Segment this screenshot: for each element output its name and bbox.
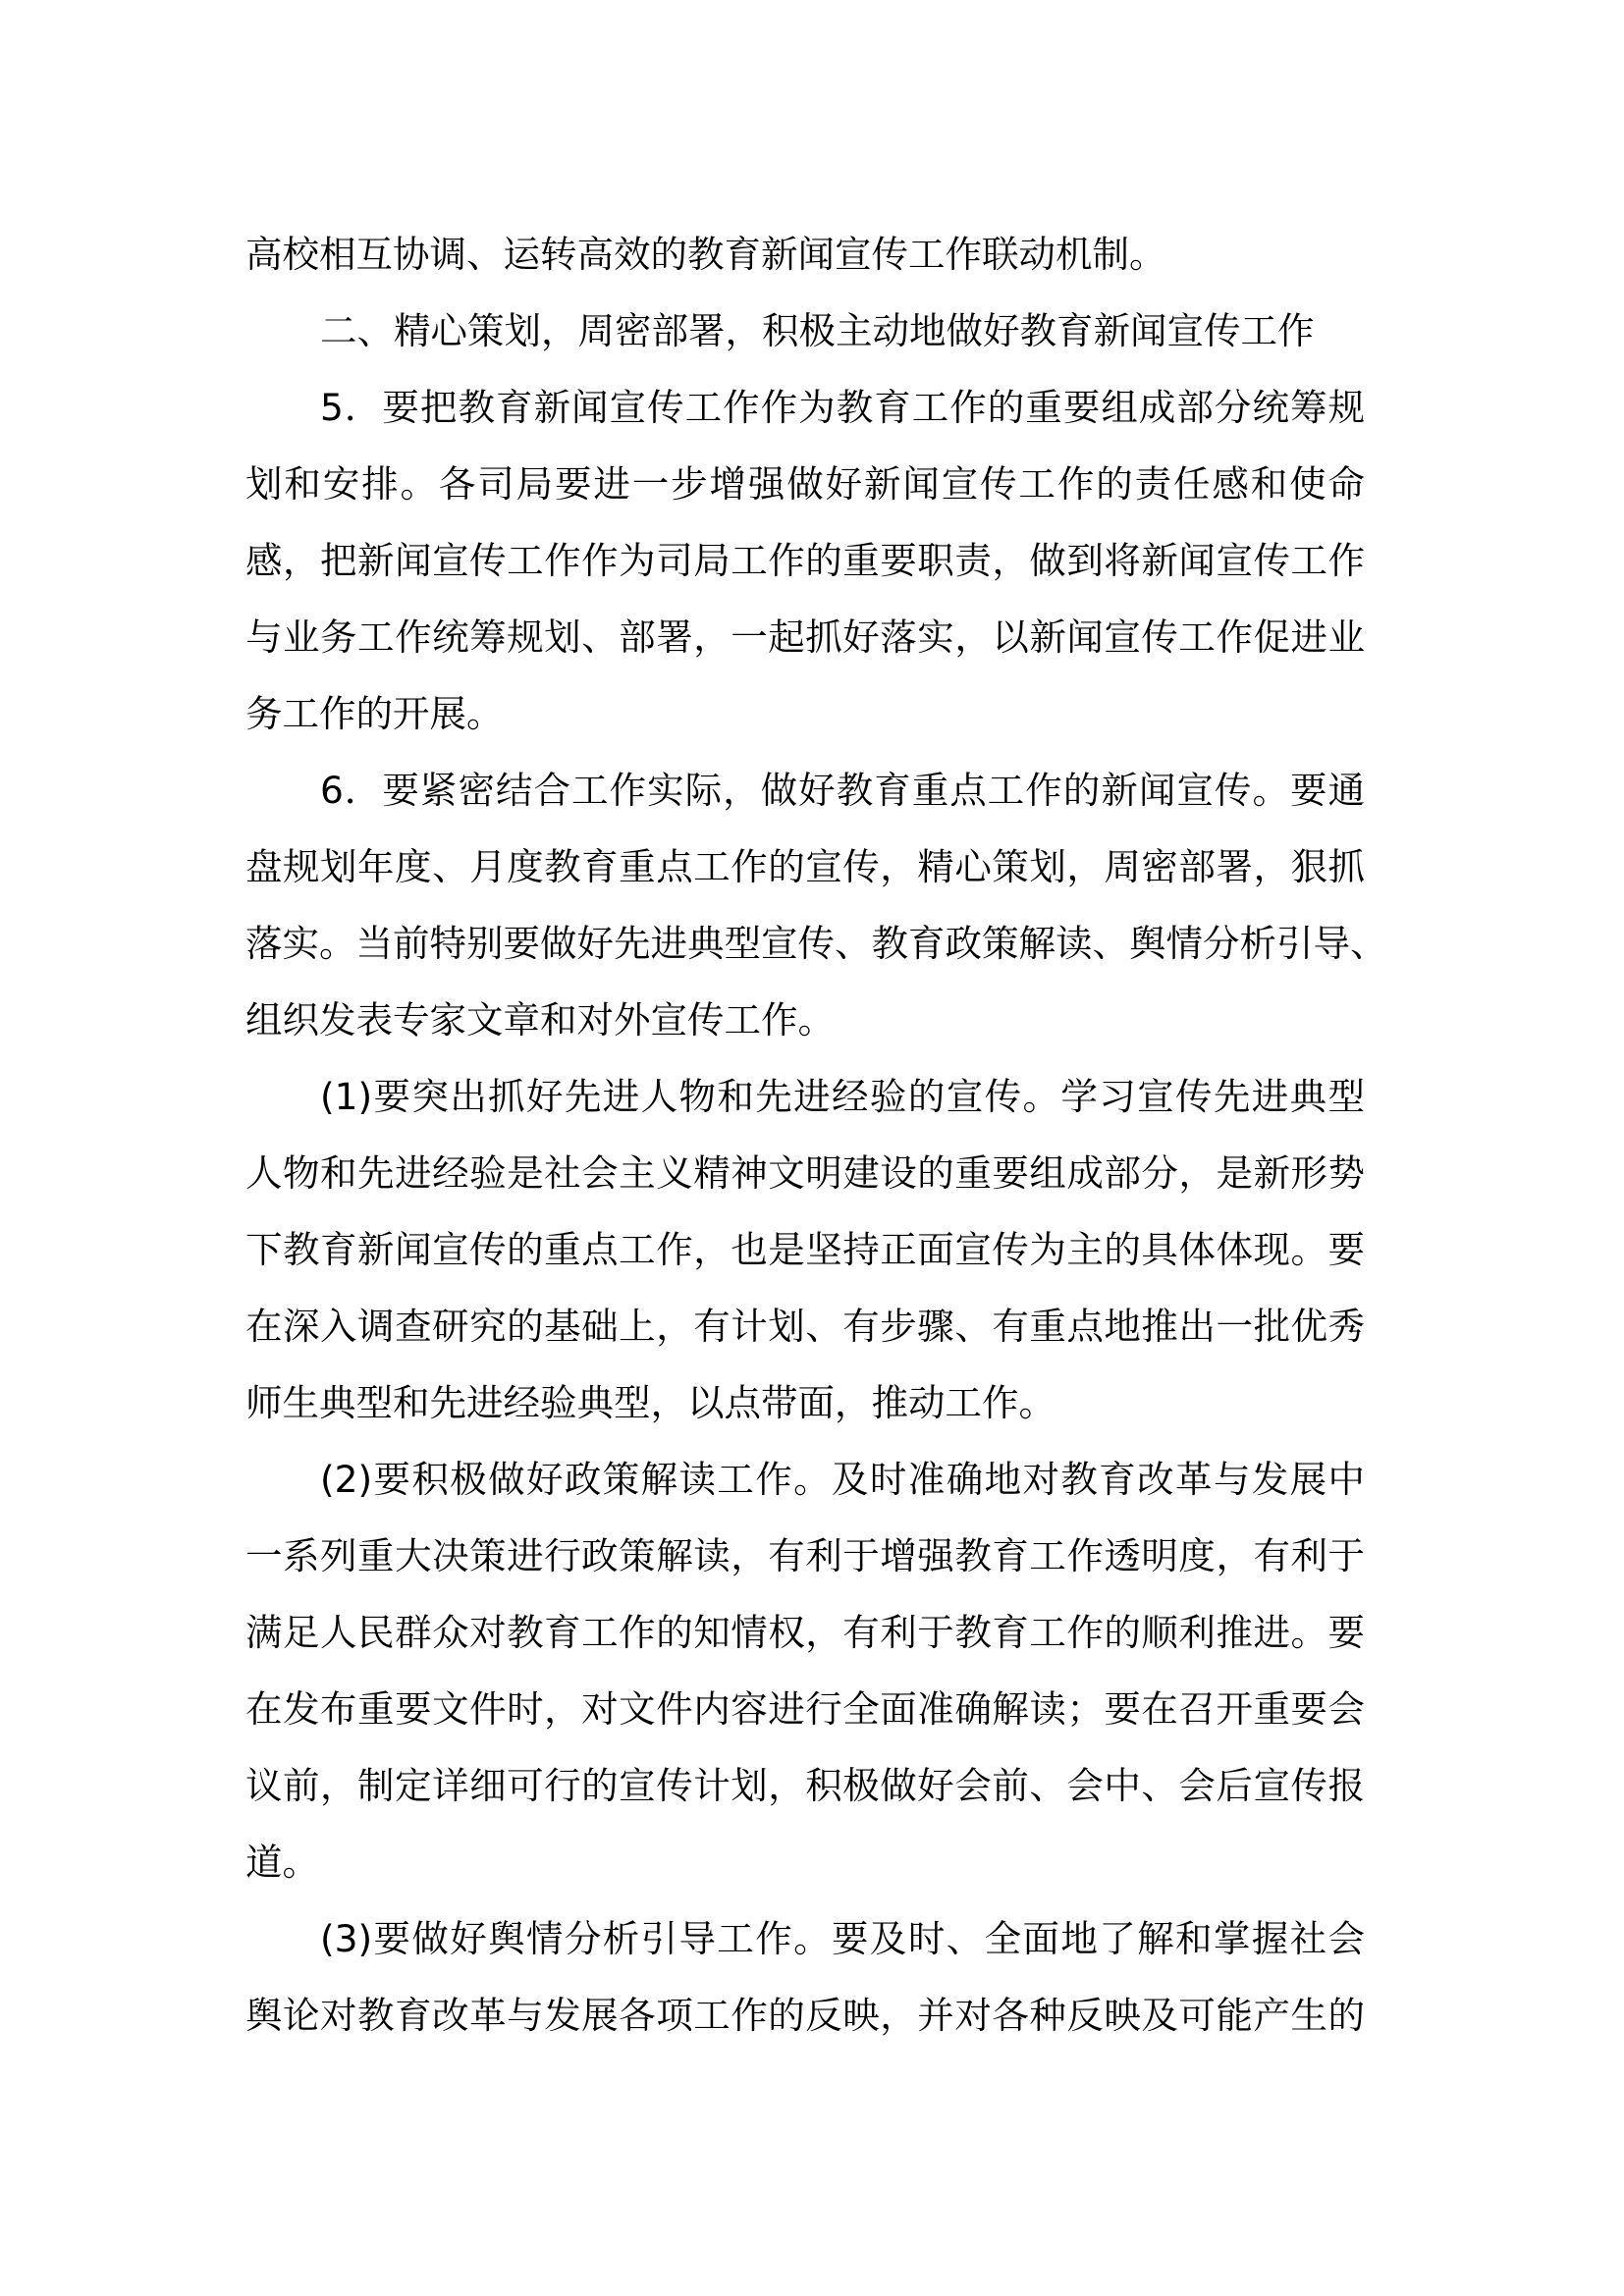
paragraph-line: 与业务工作统筹规划、部署，一起抓好落实，以新闻宣传工作促进业 xyxy=(245,599,1365,675)
paragraph-line: 落实。当前特别要做好先进典型宣传、教育政策解读、舆情分析引导、 xyxy=(245,905,1365,982)
paragraph-line: 务工作的开展。 xyxy=(245,675,1365,752)
paragraph-line: 6．要紧密结合工作实际，做好教育重点工作的新闻宣传。要通 xyxy=(245,752,1365,828)
paragraph-line: 下教育新闻宣传的重点工作，也是坚持正面宣传为主的具体体现。要 xyxy=(245,1211,1365,1288)
paragraph-line: 感，把新闻宣传工作作为司局工作的重要职责，做到将新闻宣传工作 xyxy=(245,522,1365,599)
paragraph-line: 5．要把教育新闻宣传工作作为教育工作的重要组成部分统筹规 xyxy=(245,369,1365,446)
paragraph-line: 道。 xyxy=(245,1824,1365,1900)
paragraph-line: 盘规划年度、月度教育重点工作的宣传，精心策划，周密部署，狠抓 xyxy=(245,828,1365,905)
paragraph-line: 满足人民群众对教育工作的知情权，有利于教育工作的顺利推进。要 xyxy=(245,1594,1365,1671)
paragraph-line: 舆论对教育改革与发展各项工作的反映，并对各种反映及可能产生的 xyxy=(245,1977,1365,2054)
paragraph-line: (3)要做好舆情分析引导工作。要及时、全面地了解和掌握社会 xyxy=(245,1900,1365,1977)
paragraph-line: 在发布重要文件时，对文件内容进行全面准确解读；要在召开重要会 xyxy=(245,1671,1365,1747)
paragraph-line: 在深入调查研究的基础上，有计划、有步骤、有重点地推出一批优秀 xyxy=(245,1288,1365,1364)
paragraph-line: (1)要突出抓好先进人物和先进经验的宣传。学习宣传先进典型 xyxy=(245,1058,1365,1135)
paragraph-line: 一系列重大决策进行政策解读，有利于增强教育工作透明度，有利于 xyxy=(245,1518,1365,1594)
paragraph-line: (2)要积极做好政策解读工作。及时准确地对教育改革与发展中 xyxy=(245,1441,1365,1518)
paragraph-line: 议前，制定详细可行的宣传计划，积极做好会前、会中、会后宣传报 xyxy=(245,1747,1365,1824)
document-page: 高校相互协调、运转高效的教育新闻宣传工作联动机制。 二、精心策划，周密部署，积极… xyxy=(245,216,1365,2054)
paragraph-line: 人物和先进经验是社会主义精神文明建设的重要组成部分，是新形势 xyxy=(245,1135,1365,1211)
paragraph-line: 师生典型和先进经验典型，以点带面，推动工作。 xyxy=(245,1364,1365,1441)
paragraph-line: 组织发表专家文章和对外宣传工作。 xyxy=(245,982,1365,1058)
paragraph-line: 高校相互协调、运转高效的教育新闻宣传工作联动机制。 xyxy=(245,216,1365,293)
paragraph-line: 划和安排。各司局要进一步增强做好新闻宣传工作的责任感和使命 xyxy=(245,446,1365,522)
section-heading: 二、精心策划，周密部署，积极主动地做好教育新闻宣传工作 xyxy=(245,293,1365,369)
